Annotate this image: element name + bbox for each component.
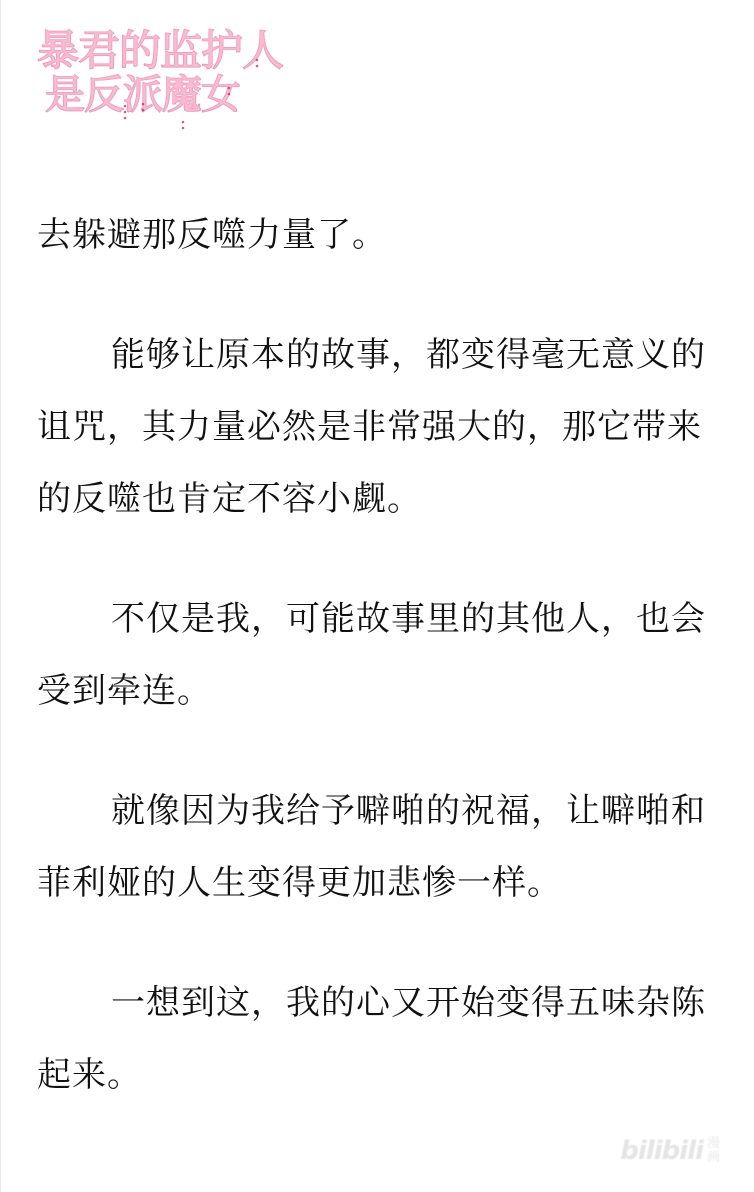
paragraph-3: 不仅是我，可能故事里的其他人，也会受到牵连。 — [37, 583, 727, 727]
watermark-sub: 漫 画 — [707, 1137, 720, 1165]
paragraph-4: 就像因为我给予噼啪的祝福，让噼啪和菲利娅的人生变得更加悲惨一样。 — [37, 775, 727, 919]
paragraph-5: 一想到这，我的心又开始变得五味杂陈起来。 — [37, 967, 727, 1111]
page: 暴君的监护人 是反派魔女 去躲避那反噬力量了。 能够让原本的故事，都变得毫无意义… — [0, 0, 754, 1192]
watermark-sub-top: 漫 — [707, 1137, 720, 1151]
paragraph-1: 去躲避那反噬力量了。 — [37, 199, 727, 271]
title-logo-line-2: 是反派魔女 — [45, 70, 240, 120]
bilibili-comics-watermark: bilibili 漫 画 — [620, 1136, 720, 1166]
watermark-sub-bottom: 画 — [707, 1151, 720, 1165]
title-logo-line-1: 暴君的监护人 — [37, 26, 283, 76]
watermark-brand: bilibili — [620, 1136, 703, 1166]
title-logo: 暴君的监护人 是反派魔女 — [37, 26, 267, 136]
paragraph-2: 能够让原本的故事，都变得毫无意义的诅咒，其力量必然是非常强大的，那它带来的反噬也… — [37, 319, 727, 535]
story-text: 去躲避那反噬力量了。 能够让原本的故事，都变得毫无意义的诅咒，其力量必然是非常强… — [37, 199, 727, 1111]
